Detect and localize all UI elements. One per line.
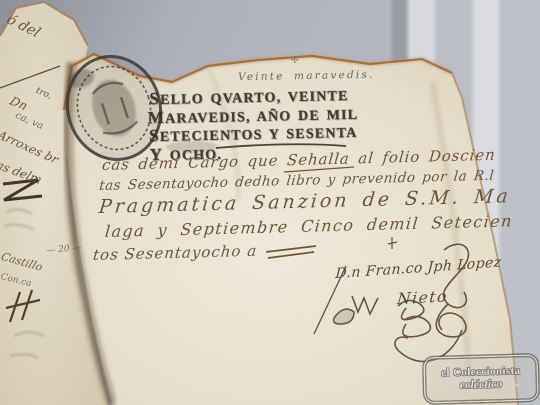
watermark-flourish-right-icon xyxy=(505,379,521,388)
watermark-line-2: ecléctico xyxy=(460,378,503,392)
manuscript-photo: ✢ Veinte maravedis. SELLO QVARTO, VEINTE… xyxy=(0,0,540,405)
tax-rate-line: Veinte maravedis. xyxy=(238,69,375,83)
collector-watermark: el Coleccionista ecléctico xyxy=(423,355,538,404)
watermark-flourish-left-icon xyxy=(441,381,457,390)
signature-surname: Nieto xyxy=(396,287,448,308)
printer-ornament-icon: ✢ xyxy=(291,56,299,66)
